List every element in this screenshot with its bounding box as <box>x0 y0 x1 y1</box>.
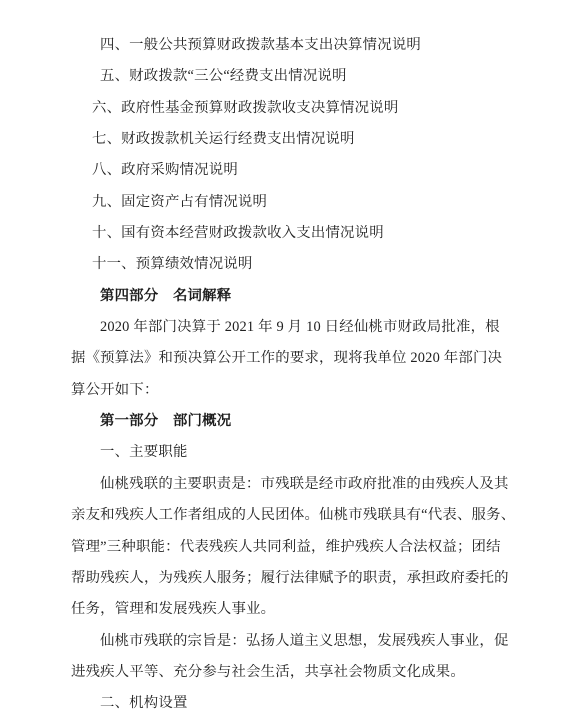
para-duties-line-1: 仙桃残联的主要职责是：市残联是经市政府批准的由残疾人及其 <box>71 469 539 500</box>
para-duties-line-3: 管理”三种职能：代表残疾人共同利益，维护残疾人合法权益；团结 <box>71 532 539 563</box>
para-approval-line-1: 2020 年部门决算于 2021 年 9 月 10 日经仙桃市财政局批准，根 <box>71 312 539 343</box>
heading-part-four: 第四部分 名词解释 <box>71 281 539 312</box>
document-page: 四、一般公共预算财政拨款基本支出决算情况说明 五、财政拨款“三公“经费支出情况说… <box>0 0 579 716</box>
subheading-organization: 二、机构设置 <box>71 688 539 716</box>
para-duties-line-5: 任务，管理和发展残疾人事业。 <box>71 594 539 625</box>
subheading-main-functions: 一、主要职能 <box>71 437 539 468</box>
para-duties-line-2: 亲友和残疾人工作者组成的人民团体。仙桃市残联具有“代表、服务、 <box>71 500 539 531</box>
para-approval-line-3: 算公开如下： <box>71 375 539 406</box>
toc-item-seven: 七、财政拨款机关运行经费支出情况说明 <box>71 124 539 155</box>
para-approval-line-2: 据《预算法》和预决算公开工作的要求，现将我单位 2020 年部门决 <box>71 343 539 374</box>
para-duties-line-4: 帮助残疾人，为残疾人服务；履行法律赋予的职责，承担政府委托的 <box>71 563 539 594</box>
toc-item-eleven: 十一、预算绩效情况说明 <box>71 249 539 280</box>
toc-item-ten: 十、国有资本经营财政拨款收入支出情况说明 <box>71 218 539 249</box>
toc-item-six: 六、政府性基金预算财政拨款收支决算情况说明 <box>71 93 539 124</box>
toc-item-nine: 九、固定资产占有情况说明 <box>71 187 539 218</box>
para-mission-line-2: 进残疾人平等、充分参与社会生活，共享社会物质文化成果。 <box>71 657 539 688</box>
toc-item-four: 四、一般公共预算财政拨款基本支出决算情况说明 <box>71 30 539 61</box>
heading-part-one: 第一部分 部门概况 <box>71 406 539 437</box>
toc-item-five: 五、财政拨款“三公“经费支出情况说明 <box>71 61 539 92</box>
toc-item-eight: 八、政府采购情况说明 <box>71 155 539 186</box>
para-mission-line-1: 仙桃市残联的宗旨是：弘扬人道主义思想，发展残疾人事业，促 <box>71 626 539 657</box>
